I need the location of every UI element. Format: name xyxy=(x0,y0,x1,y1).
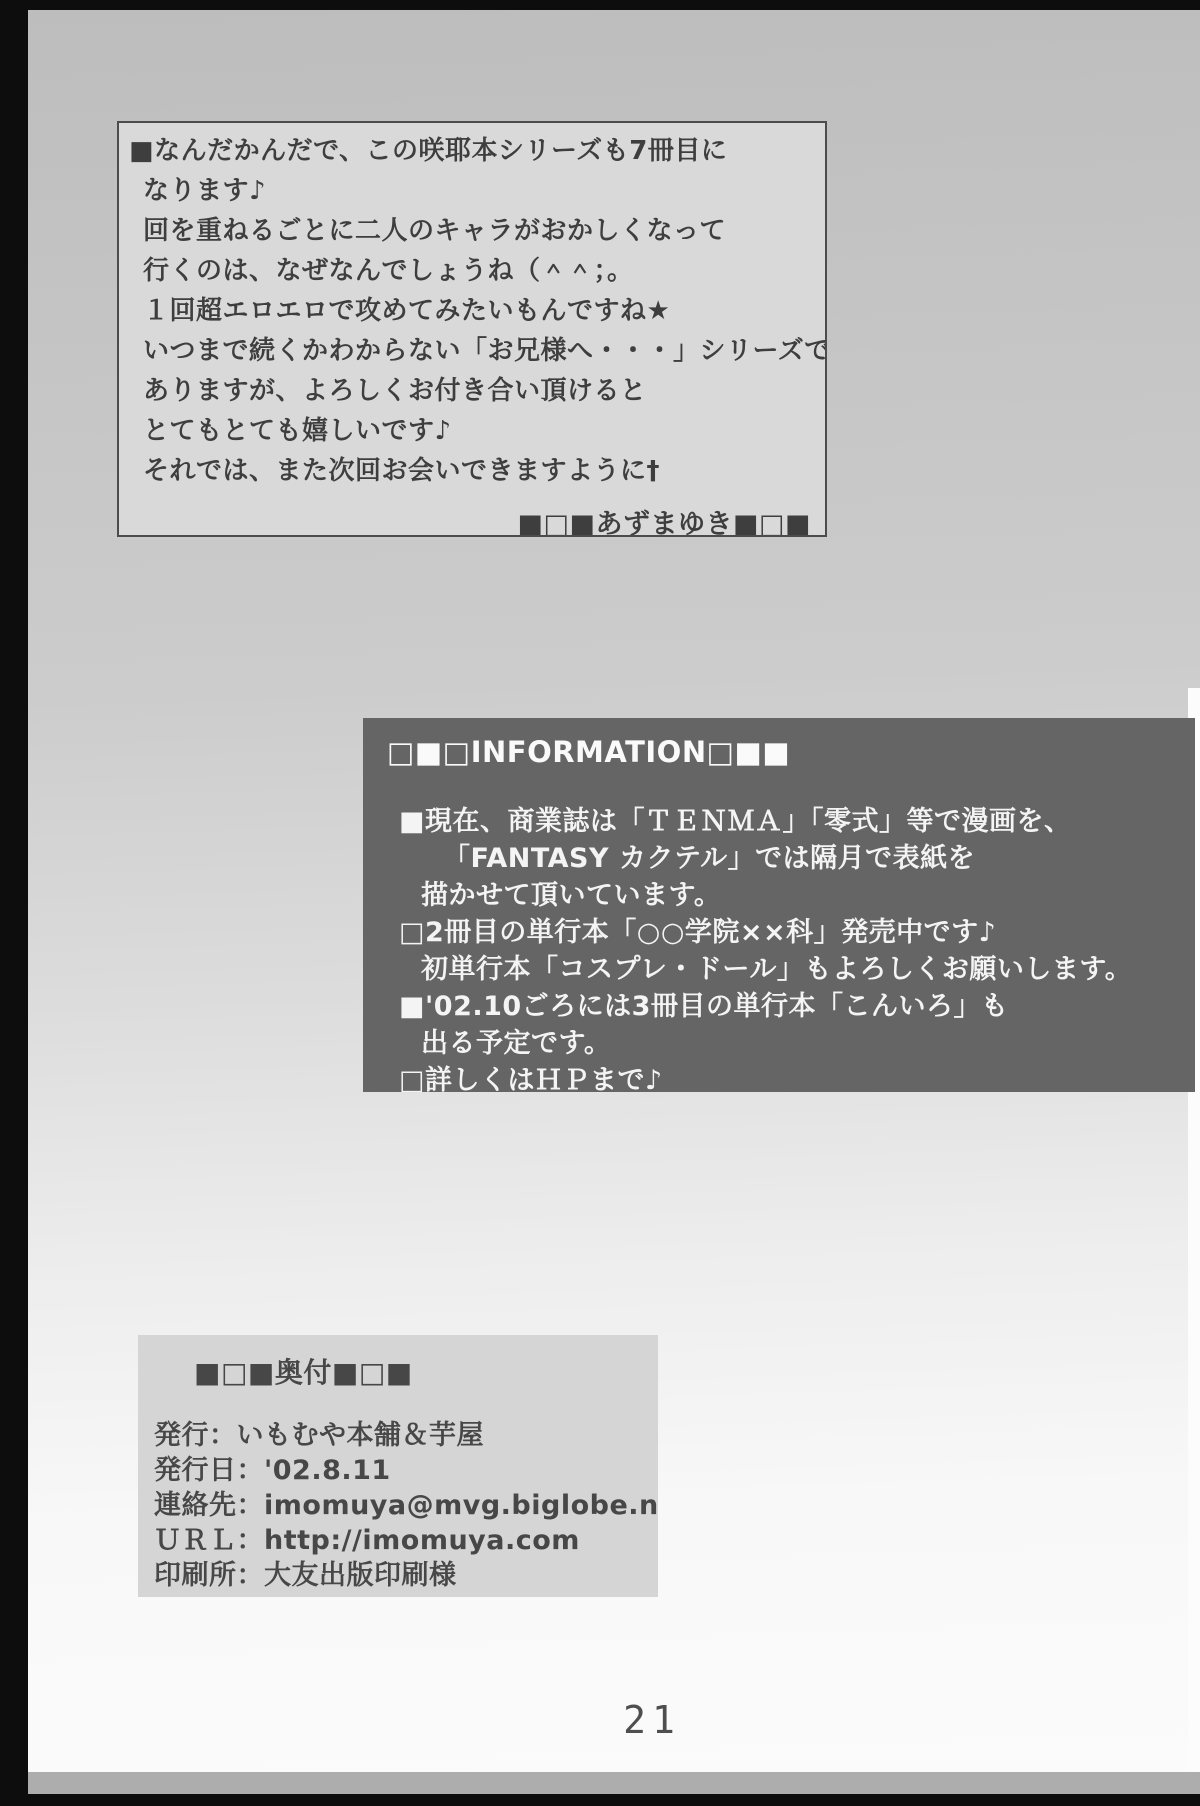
info-line: 描かせて頂いています。 xyxy=(421,877,1195,914)
colophon-contact-line: 連絡先：imomuya@mvg.biglobe.ne.jp xyxy=(154,1488,658,1523)
info-line: 出る予定です。 xyxy=(421,1025,1195,1062)
colophon-url-line: ＵＲＬ：http://imomuya.com xyxy=(154,1523,658,1558)
info-line: 初単行本「コスプレ・ドール」もよろしくお願いします。 xyxy=(421,951,1195,988)
afterword-box: ■なんだかんだで、この咲耶本シリーズも7冊目に なります♪ 回を重ねるごとに二人… xyxy=(117,121,827,537)
info-line: ■現在、商業誌は「ＴＥＮＭＡ」「零式」等で漫画を、 xyxy=(399,803,1195,840)
colophon-printer-line: 印刷所：大友出版印刷様 xyxy=(154,1558,658,1593)
information-title: □■□INFORMATION□■■ xyxy=(387,734,1195,771)
author-signature: ■□■あずまゆき■□■ xyxy=(129,505,815,537)
info-line: □2冊目の単行本「○○学院××科」発売中です♪ xyxy=(399,914,1195,951)
afterword-line: ■なんだかんだで、この咲耶本シリーズも7冊目に xyxy=(129,131,815,171)
information-box: □■□INFORMATION□■■ ■現在、商業誌は「ＴＥＮＭＡ」「零式」等で漫… xyxy=(363,718,1195,1092)
afterword-line: とてもとても嬉しいです♪ xyxy=(143,411,815,451)
info-line: ■'02.10ごろには3冊目の単行本「こんいろ」も xyxy=(399,988,1195,1025)
info-line: □詳しくはＨＰまで♪ xyxy=(399,1062,1195,1092)
colophon-body: 発行：いもむや本舗＆芋屋 発行日：'02.8.11 連絡先：imomuya@mv… xyxy=(154,1418,658,1593)
information-body: ■現在、商業誌は「ＴＥＮＭＡ」「零式」等で漫画を、 「FANTASY カクテル」… xyxy=(399,803,1195,1092)
afterword-line: いつまで続くかわからない「お兄様へ・・・」シリーズでは xyxy=(143,331,815,371)
afterword-line: ありますが、よろしくお付き合い頂けると xyxy=(143,371,815,411)
scan-bottom-edge xyxy=(28,1772,1200,1794)
afterword-line: 回を重ねるごとに二人のキャラがおかしくなって xyxy=(143,211,815,251)
colophon-title: ■□■奥付■□■ xyxy=(194,1355,658,1390)
colophon-publisher-line: 発行：いもむや本舗＆芋屋 xyxy=(154,1418,658,1453)
colophon-box: ■□■奥付■□■ 発行：いもむや本舗＆芋屋 発行日：'02.8.11 連絡先：i… xyxy=(138,1335,658,1597)
colophon-date-line: 発行日：'02.8.11 xyxy=(154,1453,658,1488)
info-line: 「FANTASY カクテル」では隔月で表紙を xyxy=(443,840,1195,877)
afterword-line: なります♪ xyxy=(143,171,815,211)
scanned-doujinshi-page: ■なんだかんだで、この咲耶本シリーズも7冊目に なります♪ 回を重ねるごとに二人… xyxy=(0,0,1200,1806)
afterword-line: 行くのは、なぜなんでしょうね（＾＾；。 xyxy=(143,251,815,291)
afterword-line: それでは、また次回お会いできますように† xyxy=(143,451,815,491)
afterword-line: １回超エロエロで攻めてみたいもんですね★ xyxy=(143,291,815,331)
page-number: 21 xyxy=(612,1698,692,1742)
